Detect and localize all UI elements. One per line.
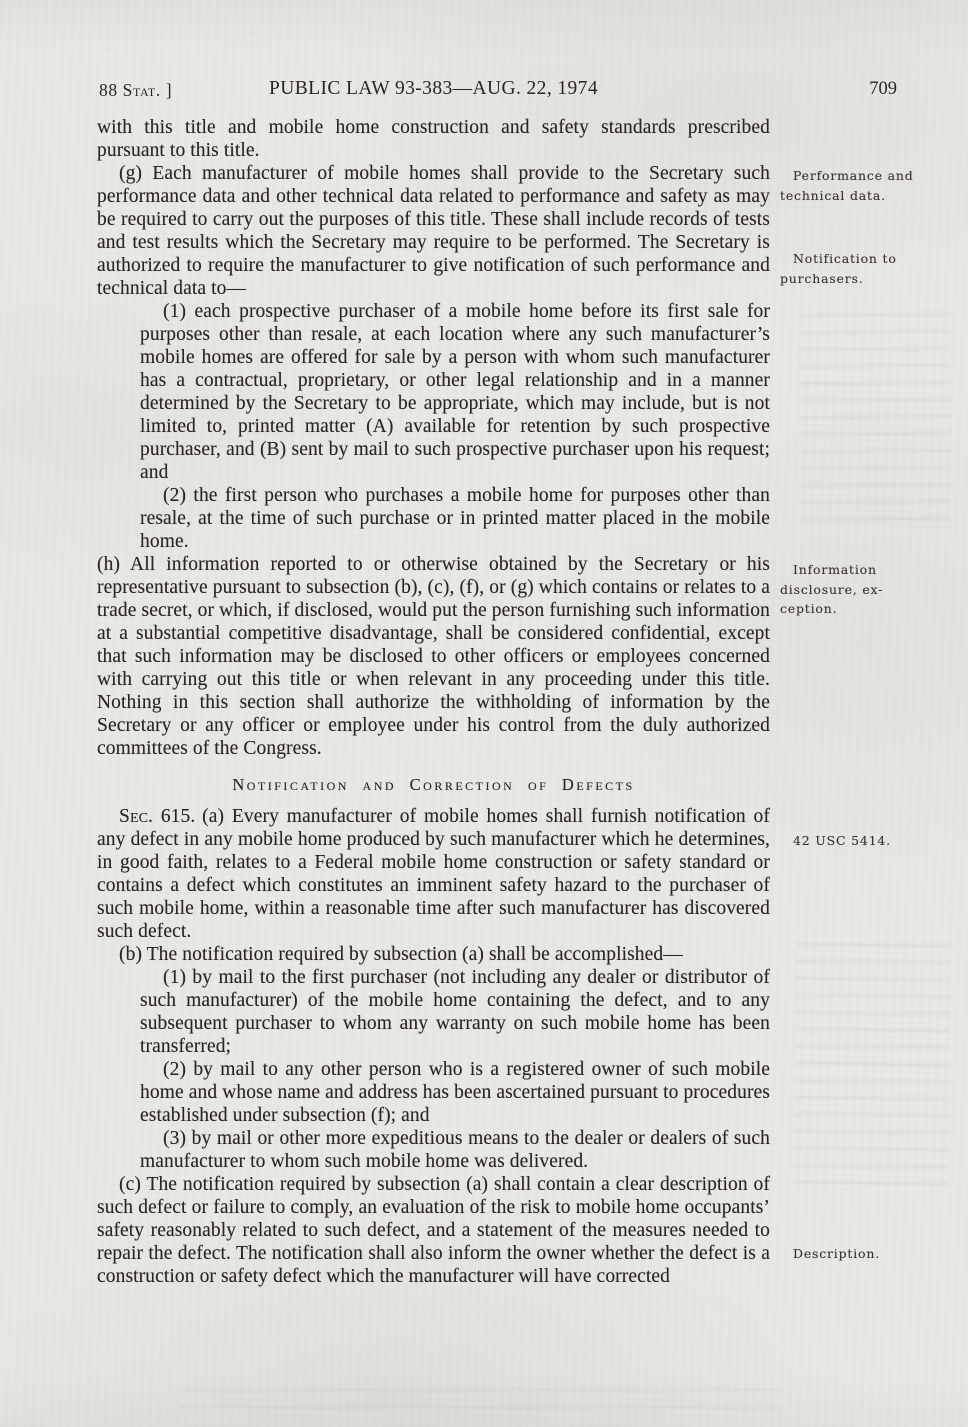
- list-item-b1: (1) by mail to the first purchaser (not …: [140, 966, 770, 1058]
- list-item-b3: (3) by mail or other more expeditious me…: [140, 1127, 770, 1173]
- margin-note-notification-purchasers: Notification to purchasers.: [780, 249, 922, 288]
- list-item-g1: (1) each prospective purchaser of a mobi…: [140, 300, 770, 484]
- margin-note-performance-data: Performance and technical data.: [780, 166, 922, 205]
- margin-note-usc-citation: 42 USC 5414.: [780, 831, 922, 851]
- paragraph-c: (c) The notification required by subsect…: [97, 1173, 770, 1288]
- law-title: PUBLIC LAW 93-383—AUG. 22, 1974: [97, 78, 770, 100]
- paragraph-b: (b) The notification required by subsect…: [97, 943, 770, 966]
- bleedthrough-texture: [180, 1375, 780, 1415]
- page-number: 709: [869, 79, 897, 100]
- bleedthrough-texture: [794, 929, 952, 1191]
- paragraph-h: (h) All information reported to or other…: [97, 553, 770, 760]
- margin-note-description: Description.: [780, 1244, 922, 1264]
- paragraph-continuation: with this title and mobile home construc…: [97, 116, 770, 162]
- paragraph-sec-615a-text: (a) Every manufacturer of mobile homes s…: [97, 806, 770, 942]
- bleedthrough-texture: [799, 299, 951, 530]
- statute-page: 88 Stat. ] PUBLIC LAW 93-383—AUG. 22, 19…: [0, 0, 968, 1427]
- list-item-g2: (2) the first person who purchases a mob…: [140, 484, 770, 553]
- margin-note-information-disclosure: Information disclosure, ex- ception.: [780, 560, 922, 619]
- section-number-label: Sec. 615.: [119, 806, 195, 827]
- statute-text-column: with this title and mobile home construc…: [97, 116, 770, 1288]
- list-item-b2: (2) by mail to any other person who is a…: [140, 1058, 770, 1127]
- paragraph-g: (g) Each manufacturer of mobile homes sh…: [97, 162, 770, 300]
- paragraph-sec-615a: Sec. 615.(a) Every manufacturer of mobil…: [97, 805, 770, 943]
- section-heading: Notification and Correction of Defects: [97, 773, 770, 796]
